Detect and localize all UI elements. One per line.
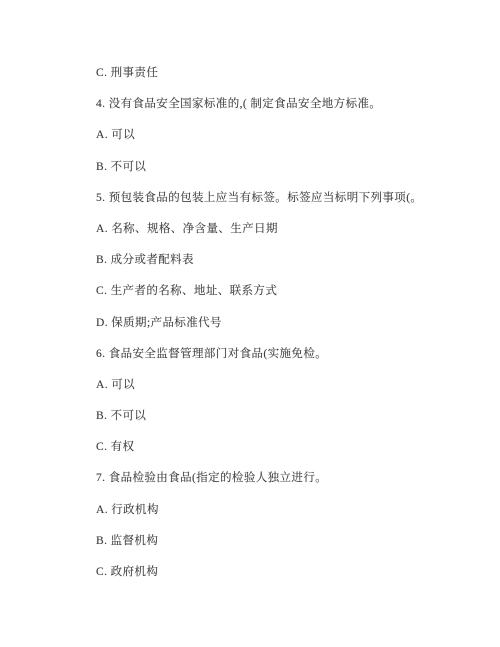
question-5-stem: 5. 预包装食品的包装上应当有标签。标签应当标明下列事项(。 [96, 183, 490, 214]
question-6-option-c: C. 有权 [96, 432, 490, 463]
question-4-stem: 4. 没有食品安全国家标准的,( 制定食品安全地方标准。 [96, 89, 490, 120]
question-7-stem: 7. 食品检验由食品(指定的检验人独立进行。 [96, 463, 490, 494]
question-4-option-b: B. 不可以 [96, 152, 490, 183]
question-5-option-b: B. 成分或者配料表 [96, 245, 490, 276]
question-5-option-d: D. 保质期;产品标准代号 [96, 308, 490, 339]
question-7-option-c: C. 政府机构 [96, 557, 490, 588]
question-4-option-a: A. 可以 [96, 120, 490, 151]
question-5-option-a: A. 名称、规格、净含量、生产日期 [96, 214, 490, 245]
exam-document-page: C. 刑事责任 4. 没有食品安全国家标准的,( 制定食品安全地方标准。 A. … [0, 0, 500, 647]
question-6-option-a: A. 可以 [96, 370, 490, 401]
question-5-option-c: C. 生产者的名称、地址、联系方式 [96, 276, 490, 307]
question-list: C. 刑事责任 4. 没有食品安全国家标准的,( 制定食品安全地方标准。 A. … [96, 58, 490, 588]
question-6-option-b: B. 不可以 [96, 401, 490, 432]
option-line-prev-c: C. 刑事责任 [96, 58, 490, 89]
question-7-option-a: A. 行政机构 [96, 495, 490, 526]
question-7-option-b: B. 监督机构 [96, 526, 490, 557]
question-6-stem: 6. 食品安全监督管理部门对食品(实施免检。 [96, 339, 490, 370]
